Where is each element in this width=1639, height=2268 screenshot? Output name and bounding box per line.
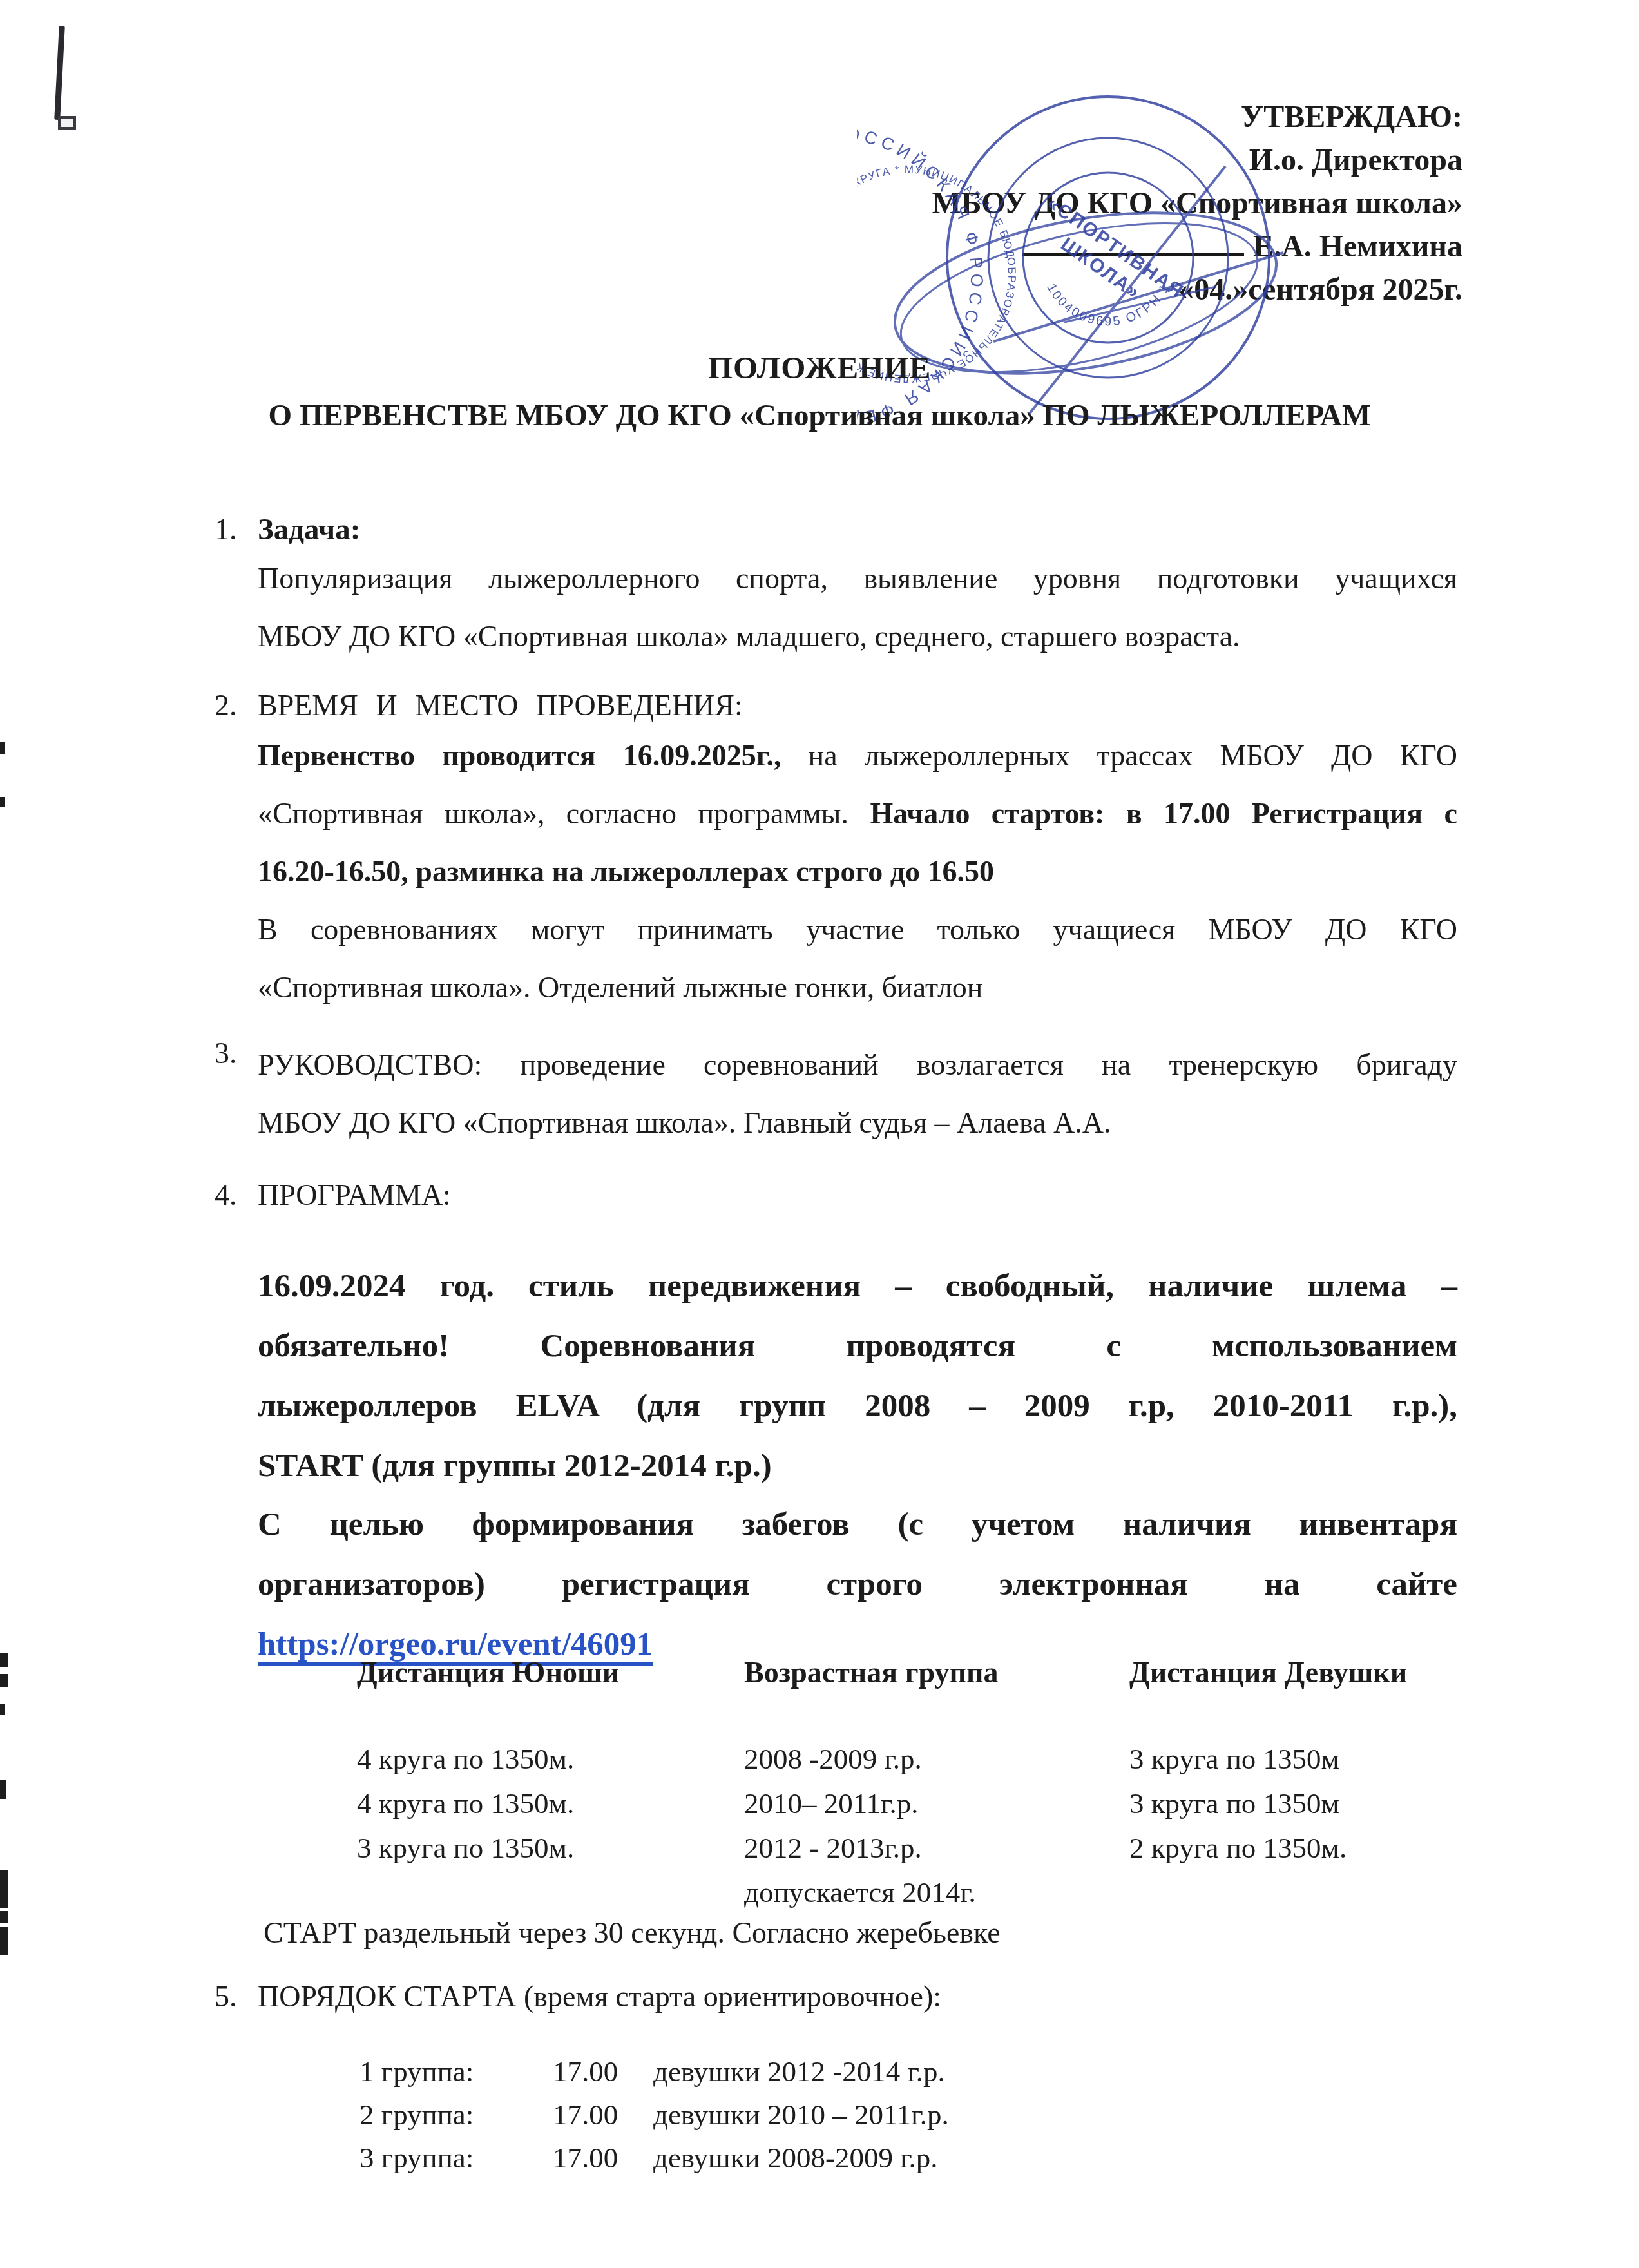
official-stamp: РОССИЙСКАЯ ФЕДЕРАЦИЯ * РЕСПУБЛИКА КАРЕЛИ…	[857, 84, 1334, 445]
table-cell: 3 круга по 1350м	[1129, 1782, 1491, 1826]
table-cell: 2 круга по 1350м.	[1129, 1826, 1491, 1870]
program-paragraph: 16.09.2024 год. стиль передвижения – сво…	[258, 1256, 1457, 1496]
table-header-girls: Дистанция Девушки	[1129, 1653, 1491, 1737]
section-5-number: 5.	[215, 1979, 237, 2013]
section-1-number: 1.	[215, 512, 237, 546]
group-desc: девушки 2012 -2014 г.р.	[653, 2050, 1197, 2093]
pen-stroke-hook-artifact	[58, 116, 76, 130]
table-cell: 4 круга по 1350м.	[357, 1782, 744, 1826]
group-time: 17.00	[553, 2050, 653, 2093]
table-cell	[1129, 1870, 1491, 1915]
paragraph-line: «Спортивная школа». Отделений лыжные гон…	[258, 959, 1457, 1017]
scan-artifact	[0, 1870, 8, 1908]
scan-artifact	[0, 1704, 5, 1715]
section-1-heading: Задача:	[258, 512, 360, 547]
paragraph-line: В соревнованиях могут принимать участие …	[258, 901, 1457, 959]
paragraph-line: МБОУ ДО КГО «Спортивная школа». Главный …	[258, 1094, 1457, 1152]
section-2-body: Первенство проводится 16.09.2025г., на л…	[258, 727, 1457, 1017]
text-regular: «Спортивная школа», согласно программы.	[258, 797, 870, 830]
paragraph-line: С целью формирования забегов (с учетом н…	[258, 1495, 1457, 1555]
table-cell: 2008 -2009 г.р.	[744, 1737, 1129, 1782]
group-name: 1 группа:	[359, 2050, 553, 2093]
paragraph-line: 16.20-16.50, разминка на лыжероллерах ст…	[258, 843, 1457, 901]
document-title: ПОЛОЖЕНИЕ	[0, 349, 1639, 386]
scan-artifact	[0, 1911, 8, 1923]
start-order-list: 1 группа: 17.00 девушки 2012 -2014 г.р. …	[359, 2050, 1197, 2180]
paragraph-line: организаторов) регистрация строго электр…	[258, 1555, 1457, 1615]
text-regular: проведение соревнований возлагается на т…	[521, 1048, 1458, 1081]
group-time: 17.00	[553, 2137, 653, 2180]
paragraph-line: «Спортивная школа», согласно программы. …	[258, 785, 1457, 843]
distance-table: Дистанция Юноши Возрастная группа Дистан…	[357, 1653, 1491, 1915]
scan-artifact	[0, 1653, 8, 1667]
table-cell	[357, 1870, 744, 1915]
group-time: 17.00	[553, 2093, 653, 2137]
section-4-number: 4.	[215, 1178, 237, 1212]
scan-artifact	[0, 797, 5, 807]
table-cell: 4 круга по 1350м.	[357, 1737, 744, 1782]
section-3-number: 3.	[215, 1036, 237, 1070]
document-subtitle: О ПЕРВЕНСТВЕ МБОУ ДО КГО «Спортивная шко…	[0, 398, 1639, 433]
scan-artifact	[0, 1780, 6, 1799]
table-header-age: Возрастная группа	[744, 1653, 1129, 1737]
paragraph-line: РУКОВОДСТВО: проведение соревнований воз…	[258, 1036, 1457, 1094]
table-cell: 3 круга по 1350м	[1129, 1737, 1491, 1782]
table-cell: 2010– 2011г.р.	[744, 1782, 1129, 1826]
scan-artifact	[0, 1927, 8, 1955]
scan-artifact	[0, 1674, 8, 1687]
paragraph-line: обязательно! Соревнования проводятся с м…	[258, 1316, 1457, 1376]
group-name: 2 группа:	[359, 2093, 553, 2137]
paragraph-line: Первенство проводится 16.09.2025г., на л…	[258, 727, 1457, 785]
paragraph-line: Популяризация лыжероллерного спорта, выя…	[258, 550, 1457, 608]
paragraph-line: 16.09.2024 год. стиль передвижения – сво…	[258, 1256, 1457, 1316]
group-desc: девушки 2010 – 2011г.р.	[653, 2093, 1197, 2137]
table-cell: допускается 2014г.	[744, 1870, 1129, 1915]
scanned-document-page: УТВЕРЖДАЮ: И.о. Директора МБОУ ДО КГО «С…	[0, 0, 1639, 2268]
group-desc: девушки 2008-2009 г.р.	[653, 2137, 1197, 2180]
svg-text:ОБРАЗОВАТЕЛЬНОЕ УЧРЕЖДЕНИЕ КОС: ОБРАЗОВАТЕЛЬНОЕ УЧРЕЖДЕНИЕ КОСТОМУКШСКОГ…	[857, 84, 1018, 385]
group-name: 3 группа:	[359, 2137, 553, 2180]
stamp-middle-ring-text: ОБРАЗОВАТЕЛЬНОЕ УЧРЕЖДЕНИЕ КОСТОМУКШСКОГ…	[857, 84, 1018, 385]
text-regular: на лыжероллерных трассах МБОУ ДО КГО	[781, 739, 1457, 772]
pen-stroke-artifact	[54, 26, 65, 120]
paragraph-line: лыжероллеров ELVA (для групп 2008 – 2009…	[258, 1376, 1457, 1436]
paragraph-line: МБОУ ДО КГО «Спортивная школа» младшего,…	[258, 608, 1457, 666]
section-2-number: 2.	[215, 688, 237, 722]
table-header-boys: Дистанция Юноши	[357, 1653, 744, 1737]
section-3-body: РУКОВОДСТВО: проведение соревнований воз…	[258, 1036, 1457, 1152]
section-1-body: Популяризация лыжероллерного спорта, выя…	[258, 550, 1457, 666]
registration-paragraph: С целью формирования забегов (с учетом н…	[258, 1495, 1457, 1675]
section-2-heading: ВРЕМЯ И МЕСТО ПРОВЕДЕНИЯ:	[258, 688, 743, 722]
section-4-heading: ПРОГРАММА:	[258, 1178, 451, 1212]
text-bold: Начало стартов: в 17.00 Регистрация с	[870, 797, 1457, 830]
section-3-heading: РУКОВОДСТВО:	[258, 1048, 521, 1081]
start-note: СТАРТ раздельный через 30 секунд. Соглас…	[264, 1914, 1001, 1952]
scan-artifact	[0, 742, 5, 754]
table-cell: 3 круга по 1350м.	[357, 1826, 744, 1870]
table-cell: 2012 - 2013г.р.	[744, 1826, 1129, 1870]
section-5-heading: ПОРЯДОК СТАРТА (время старта ориентирово…	[258, 1979, 941, 2013]
text-bold: Первенство проводится 16.09.2025г.,	[258, 739, 781, 772]
paragraph-line: START (для группы 2012-2014 г.р.)	[258, 1436, 1457, 1496]
